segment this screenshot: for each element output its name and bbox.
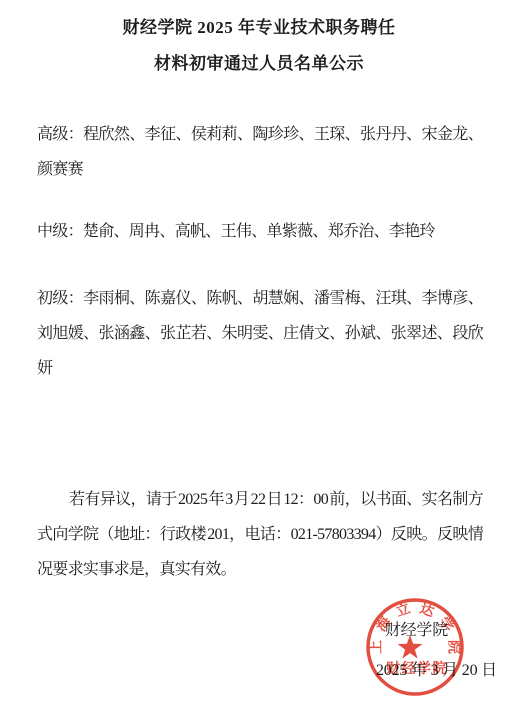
senior-level-list: 高级：程欣然、李征、侯莉莉、陶珍珍、王琛、张丹丹、宋金龙、颜赛赛 (37, 117, 483, 187)
seal-ring-char-1: 上 (369, 640, 385, 654)
seal-ring-char-5: 学 (436, 613, 458, 634)
seal-ring-char-6: 院 (446, 640, 463, 654)
junior-level-names: 李雨桐、陈嘉仪、陈帆、胡慧娴、潘雪梅、汪琪、李博彦、刘旭媛、张涵鑫、张芷若、朱明… (37, 290, 483, 377)
junior-level-list: 初级：李雨桐、陈嘉仪、陈帆、胡慧娴、潘雪梅、汪琪、李博彦、刘旭媛、张涵鑫、张芷若… (37, 281, 483, 386)
official-seal-stamp: 上 海 立 达 学 院 财经学院 (365, 597, 465, 701)
appeal-paragraph: 若有异议，请于 2025 年 3 月 22 日 12：00 前，以书面、实名制方… (37, 482, 483, 587)
intermediate-level-list: 中级：楚俞、周冉、高帆、王伟、单紫薇、郑乔治、李艳玲 (37, 214, 483, 249)
document-page: 财经学院 2025 年专业技术职务聘任 材料初审通过人员名单公示 高级：程欣然、… (0, 0, 518, 701)
doc-title-line-2: 材料初审通过人员名单公示 (0, 46, 518, 82)
seal-ring-char-2: 海 (372, 613, 395, 635)
seal-star-icon (398, 635, 423, 659)
doc-title-line-1: 财经学院 2025 年专业技术职务聘任 (0, 10, 518, 46)
junior-level-label: 初级： (37, 290, 83, 307)
seal-center-text: 财经学院 (386, 660, 448, 677)
doc-title: 财经学院 2025 年专业技术职务聘任 材料初审通过人员名单公示 (0, 10, 518, 82)
senior-level-names: 程欣然、李征、侯莉莉、陶珍珍、王琛、张丹丹、宋金龙、颜赛赛 (37, 126, 483, 178)
senior-level-label: 高级： (37, 126, 83, 143)
intermediate-level-names: 楚俞、周冉、高帆、王伟、单紫薇、郑乔治、李艳玲 (83, 223, 435, 240)
intermediate-level-label: 中级： (37, 223, 83, 240)
